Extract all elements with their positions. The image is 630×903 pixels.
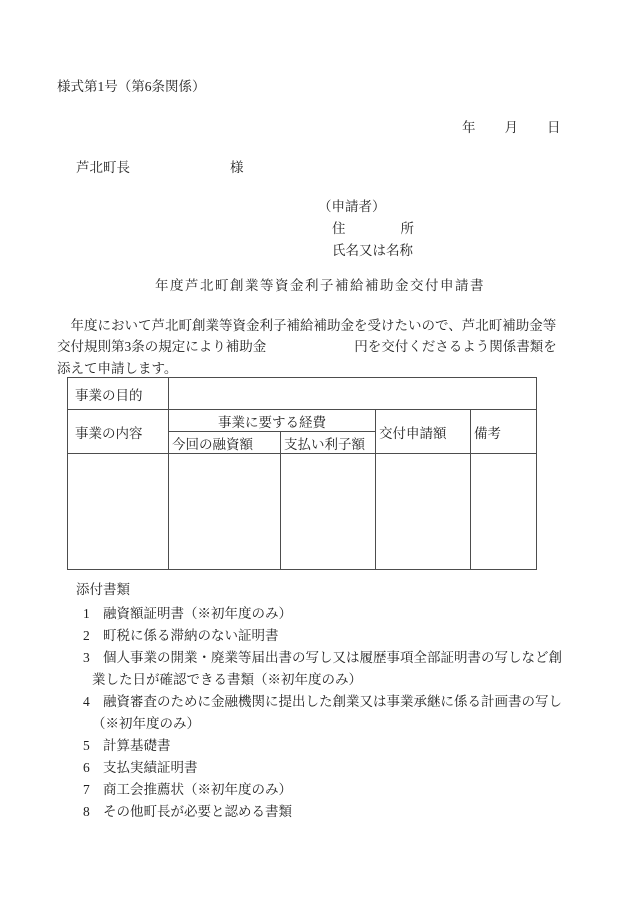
- attachment-item: 7商工会推薦状（※初年度のみ）: [83, 779, 562, 801]
- attachment-item-text: 個人事業の開業・廃業等届出書の写し又は履歴事項全部証明書の写しなど創業した日が確…: [103, 647, 562, 691]
- table-row-header-top: 事業の内容 事業に要する経費 交付申請額 備考: [68, 410, 537, 432]
- body-line-2-pre: 交付規則第3条の規定により補助金: [57, 339, 266, 354]
- attachment-item-number: 2: [83, 625, 103, 647]
- remarks-header-cell: 備考: [471, 410, 537, 454]
- loan-value-cell: [169, 454, 281, 570]
- interest-value-cell: [281, 454, 376, 570]
- attachment-item-text: その他町長が必要と認める書類: [103, 801, 562, 823]
- content-label-cell: 事業の内容: [68, 410, 169, 454]
- document-page: { "page": { "background": "#ffffff", "te…: [0, 0, 630, 903]
- body-line-2: 交付規則第3条の規定により補助金円を交付くださるよう関係書類を: [57, 336, 617, 357]
- attachment-item-number: 6: [83, 757, 103, 779]
- attachment-item-text: 商工会推薦状（※初年度のみ）: [103, 779, 562, 801]
- attachment-item-line: 町税に係る滞納のない証明書: [103, 625, 562, 647]
- attachment-item: 4融資審査のために金融機関に提出した創業又は事業承継に係る計画書の写し（※初年度…: [83, 691, 562, 735]
- address-label-left: 住: [332, 221, 346, 237]
- attachments-heading: 添付書類: [76, 582, 130, 598]
- attachment-item-line: （※初年度のみ）: [92, 713, 562, 735]
- attachment-item-line: 計算基礎書: [103, 735, 562, 757]
- body-line-3: 添えて申請します。: [57, 358, 617, 379]
- attachment-item: 8その他町長が必要と認める書類: [83, 801, 562, 823]
- attachment-item: 6支払実績証明書: [83, 757, 562, 779]
- applicant-address-label: 住 所: [332, 221, 414, 237]
- interest-header-cell: 支払い利子額: [281, 432, 376, 454]
- body-line-2-post: 円を交付くださるよう関係書類を: [354, 339, 557, 354]
- attachment-item-text: 融資審査のために金融機関に提出した創業又は事業承継に係る計画書の写し（※初年度の…: [103, 691, 562, 735]
- addressee-honorific: 様: [230, 160, 244, 175]
- expense-header-cell: 事業に要する経費: [169, 410, 376, 432]
- table-row-purpose: 事業の目的: [68, 378, 537, 410]
- attachment-item-text: 町税に係る滞納のない証明書: [103, 625, 562, 647]
- date-year-label: 年: [462, 120, 476, 136]
- form-number: 様式第1号（第6条関係）: [57, 79, 206, 95]
- attachments-list: 1融資額証明書（※初年度のみ）2町税に係る滞納のない証明書3個人事業の開業・廃業…: [83, 603, 562, 823]
- date-line: 年 月 日: [462, 120, 561, 136]
- attachment-item-text: 支払実績証明書: [103, 757, 562, 779]
- attachment-item-number: 1: [83, 603, 103, 625]
- attachment-item-line: 業した日が確認できる書類（※初年度のみ）: [92, 669, 562, 691]
- attachment-item-line: 商工会推薦状（※初年度のみ）: [103, 779, 562, 801]
- application-table: 事業の目的 事業の内容 事業に要する経費 交付申請額 備考 今回の融資額 支払い…: [67, 377, 537, 570]
- attachment-item-number: 7: [83, 779, 103, 801]
- table-row-values: [68, 454, 537, 570]
- loan-header-cell: 今回の融資額: [169, 432, 281, 454]
- purpose-label-cell: 事業の目的: [68, 378, 169, 410]
- date-day-label: 日: [547, 120, 561, 136]
- attachment-item-line: 融資審査のために金融機関に提出した創業又は事業承継に係る計画書の写し: [103, 691, 562, 713]
- attachment-item-text: 融資額証明書（※初年度のみ）: [103, 603, 562, 625]
- content-value-cell: [68, 454, 169, 570]
- addressee-line: 芦北町長様: [76, 160, 244, 176]
- attachment-item: 5計算基礎書: [83, 735, 562, 757]
- attachment-item-line: 支払実績証明書: [103, 757, 562, 779]
- attachment-item-line: その他町長が必要と認める書類: [103, 801, 562, 823]
- attachment-item-line: 融資額証明書（※初年度のみ）: [103, 603, 562, 625]
- attachment-item: 3個人事業の開業・廃業等届出書の写し又は履歴事項全部証明書の写しなど創業した日が…: [83, 647, 562, 691]
- applicant-label: （申請者）: [318, 199, 386, 215]
- attachment-item-number: 5: [83, 735, 103, 757]
- request-value-cell: [376, 454, 471, 570]
- remarks-value-cell: [471, 454, 537, 570]
- body-paragraph: 年度において芦北町創業等資金利子補給補助金を受けたいので、芦北町補助金等 交付規…: [57, 315, 617, 379]
- attachment-item-line: 個人事業の開業・廃業等届出書の写し又は履歴事項全部証明書の写しなど創: [103, 647, 562, 669]
- addressee-name: 芦北町長: [76, 160, 130, 175]
- attachment-item-number: 8: [83, 801, 103, 823]
- attachment-item: 2町税に係る滞納のない証明書: [83, 625, 562, 647]
- document-title: 年度芦北町創業等資金利子補給補助金交付申請書: [0, 278, 630, 294]
- request-header-cell: 交付申請額: [376, 410, 471, 454]
- attachment-item: 1融資額証明書（※初年度のみ）: [83, 603, 562, 625]
- applicant-name-label: 氏名又は名称: [332, 243, 413, 259]
- body-line-1: 年度において芦北町創業等資金利子補給補助金を受けたいので、芦北町補助金等: [57, 315, 617, 336]
- attachment-item-text: 計算基礎書: [103, 735, 562, 757]
- subsidy-amount-blank: [266, 350, 354, 351]
- date-month-label: 月: [505, 120, 519, 136]
- address-label-right: 所: [401, 221, 415, 237]
- purpose-value-cell: [169, 378, 537, 410]
